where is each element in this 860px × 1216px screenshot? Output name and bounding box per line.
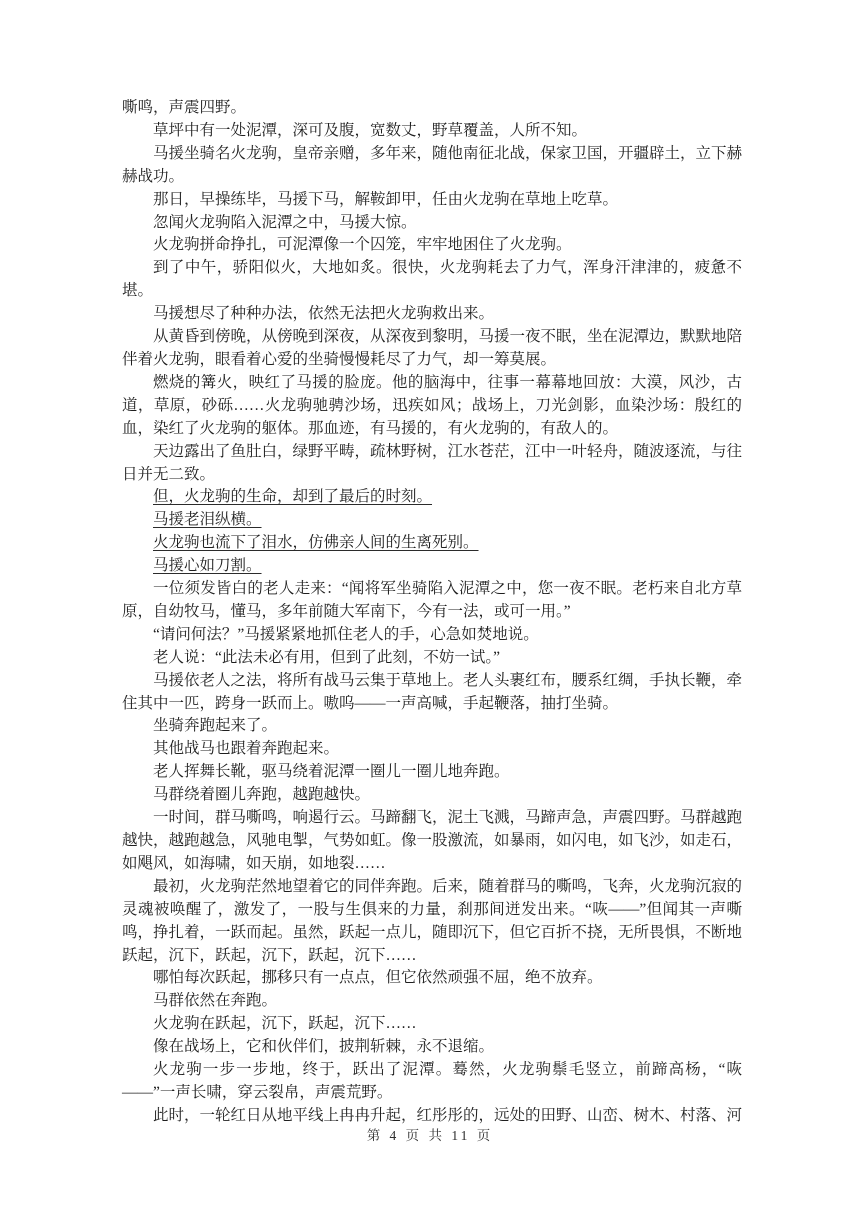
paragraph: 马援心如刀割。 — [122, 555, 742, 578]
paragraph-text: 草坪中有一处泥潭，深可及腹，宽数丈，野草覆盖，人所不知。 — [153, 122, 587, 139]
paragraph: 燃烧的篝火，映红了马援的脸庞。他的脑海中，往事一幕幕地回放：大漠，风沙，古道，草… — [122, 372, 742, 441]
paragraph-text: 坐骑奔跑起来了。 — [153, 717, 277, 734]
document-page: 嘶鸣，声震四野。草坪中有一处泥潭，深可及腹，宽数丈，野草覆盖，人所不知。马援坐骑… — [0, 0, 860, 1216]
paragraph: 火龙驹在跃起，沉下，跃起，沉下…… — [122, 1013, 742, 1036]
paragraph: 草坪中有一处泥潭，深可及腹，宽数丈，野草覆盖，人所不知。 — [122, 120, 742, 143]
paragraph-text: 其他战马也跟着奔跑起来。 — [153, 740, 339, 757]
paragraph-text: 天边露出了鱼肚白，绿野平畴，疏林野树，江水苍茫，江中一叶轻舟，随波逐流，与往日并… — [122, 443, 742, 483]
paragraph-text: 马援想尽了种种办法，依然无法把火龙驹救出来。 — [153, 305, 494, 322]
paragraph-text: 老人说：“此法未必有用，但到了此刻，不妨一试。” — [153, 649, 500, 666]
paragraph-text: 马群依然在奔跑。 — [153, 992, 277, 1009]
paragraph-text: 马援依老人之法，将所有战马云集于草地上。老人头裹红布，腰系红绸，手执长鞭，牵住其… — [122, 672, 742, 712]
paragraph: 其他战马也跟着奔跑起来。 — [122, 738, 742, 761]
paragraph: 火龙驹一步一步地，终于，跃出了泥潭。蓦然，火龙驹鬃毛竖立，前蹄高杨，“咴——”一… — [122, 1059, 742, 1105]
paragraph: 到了中午，骄阳似火，大地如炙。很快，火龙驹耗去了力气，浑身汗津津的，疲惫不堪。 — [122, 257, 742, 303]
paragraph: 马援依老人之法，将所有战马云集于草地上。老人头裹红布，腰系红绸，手执长鞭，牵住其… — [122, 670, 742, 716]
paragraph: 一时间，群马嘶鸣，响遏行云。马蹄翻飞，泥土飞溅，马蹄声急，声震四野。马群越跑越快… — [122, 807, 742, 876]
paragraph: 从黄昏到傍晚，从傍晚到深夜，从深夜到黎明，马援一夜不眠，坐在泥潭边，默默地陪伴着… — [122, 326, 742, 372]
paragraph-text: “请问何法？”马援紧紧地抓住老人的手，心急如焚地说。 — [153, 626, 539, 643]
paragraph-text: 那日，早操练毕，马援下马，解鞍卸甲，任由火龙驹在草地上吃草。 — [153, 191, 618, 208]
paragraph-text: 马群绕着圈儿奔跑，越跑越快。 — [153, 786, 370, 803]
paragraph: 老人挥舞长靴，驱马绕着泥潭一圈儿一圈儿地奔跑。 — [122, 761, 742, 784]
paragraph-text: 从黄昏到傍晚，从傍晚到深夜，从深夜到黎明，马援一夜不眠，坐在泥潭边，默默地陪伴着… — [122, 328, 742, 368]
paragraph-text: 哪怕每次跃起，挪移只有一点点，但它依然顽强不屈，绝不放弃。 — [153, 969, 603, 986]
paragraph-text: 到了中午，骄阳似火，大地如炙。很快，火龙驹耗去了力气，浑身汗津津的，疲惫不堪。 — [122, 259, 742, 299]
paragraph-text: 此时，一轮红日从地平线上冉冉升起，红彤彤的，远处的田野、山峦、树木、村落、河 — [153, 1107, 742, 1124]
paragraph-text: 老人挥舞长靴，驱马绕着泥潭一圈儿一圈儿地奔跑。 — [153, 763, 510, 780]
paragraph: 马援坐骑名火龙驹，皇帝亲赠，多年来，随他南征北战，保家卫国，开疆辟土，立下赫赫战… — [122, 143, 742, 189]
paragraph: 马援想尽了种种办法，依然无法把火龙驹救出来。 — [122, 303, 742, 326]
paragraph: 哪怕每次跃起，挪移只有一点点，但它依然顽强不屈，绝不放弃。 — [122, 967, 742, 990]
paragraph-text: 火龙驹在跃起，沉下，跃起，沉下…… — [153, 1015, 417, 1032]
paragraph: 火龙驹也流下了泪水，仿佛亲人间的生离死别。 — [122, 532, 742, 555]
paragraph: 天边露出了鱼肚白，绿野平畴，疏林野树，江水苍茫，江中一叶轻舟，随波逐流，与往日并… — [122, 441, 742, 487]
paragraph-text: 像在战场上，它和伙伴们，披荆斩棘，永不退缩。 — [153, 1038, 494, 1055]
paragraph: “请问何法？”马援紧紧地抓住老人的手，心急如焚地说。 — [122, 624, 742, 647]
passage: 嘶鸣，声震四野。草坪中有一处泥潭，深可及腹，宽数丈，野草覆盖，人所不知。马援坐骑… — [122, 97, 742, 1128]
paragraph-text: 嘶鸣，声震四野。 — [122, 99, 246, 116]
paragraph: 像在战场上，它和伙伴们，披荆斩棘，永不退缩。 — [122, 1036, 742, 1059]
paragraph-text: 火龙驹拼命挣扎，可泥潭像一个囚笼，牢牢地困住了火龙驹。 — [153, 236, 572, 253]
paragraph: 一位须发皆白的老人走来：“闻将军坐骑陷入泥潭之中，您一夜不眠。老朽来自北方草原，… — [122, 578, 742, 624]
paragraph-text: 最初，火龙驹茫然地望着它的同伴奔跑。后来，随着群马的嘶鸣，飞奔，火龙驹沉寂的灵魂… — [122, 878, 742, 964]
paragraph-text: 一位须发皆白的老人走来：“闻将军坐骑陷入泥潭之中，您一夜不眠。老朽来自北方草原，… — [122, 580, 742, 620]
paragraph-text: 马援心如刀割。 — [153, 557, 262, 574]
page-footer: 第 4 页 共 11 页 — [0, 1124, 860, 1144]
paragraph: 忽闻火龙驹陷入泥潭之中，马援大惊。 — [122, 212, 742, 235]
paragraph-text: 马援老泪纵横。 — [153, 511, 262, 528]
paragraph: 马群绕着圈儿奔跑，越跑越快。 — [122, 784, 742, 807]
paragraph-text: 但，火龙驹的生命，却到了最后的时刻。 — [153, 488, 432, 505]
paragraph-text: 燃烧的篝火，映红了马援的脸庞。他的脑海中，往事一幕幕地回放：大漠，风沙，古道，草… — [122, 374, 742, 437]
paragraph: 最初，火龙驹茫然地望着它的同伴奔跑。后来，随着群马的嘶鸣，飞奔，火龙驹沉寂的灵魂… — [122, 876, 742, 968]
paragraph: 马援老泪纵横。 — [122, 509, 742, 532]
paragraph-text: 火龙驹也流下了泪水，仿佛亲人间的生离死别。 — [153, 534, 479, 551]
paragraph-text: 马援坐骑名火龙驹，皇帝亲赠，多年来，随他南征北战，保家卫国，开疆辟土，立下赫赫战… — [122, 145, 742, 185]
paragraph-text: 火龙驹一步一步地，终于，跃出了泥潭。蓦然，火龙驹鬃毛竖立，前蹄高杨，“咴——”一… — [122, 1061, 742, 1101]
paragraph: 坐骑奔跑起来了。 — [122, 715, 742, 738]
paragraph-text: 一时间，群马嘶鸣，响遏行云。马蹄翻飞，泥土飞溅，马蹄声急，声震四野。马群越跑越快… — [122, 809, 742, 872]
paragraph: 但，火龙驹的生命，却到了最后的时刻。 — [122, 486, 742, 509]
paragraph: 火龙驹拼命挣扎，可泥潭像一个囚笼，牢牢地困住了火龙驹。 — [122, 234, 742, 257]
paragraph: 那日，早操练毕，马援下马，解鞍卸甲，任由火龙驹在草地上吃草。 — [122, 189, 742, 212]
paragraph: 老人说：“此法未必有用，但到了此刻，不妨一试。” — [122, 647, 742, 670]
paragraph-text: 忽闻火龙驹陷入泥潭之中，马援大惊。 — [153, 214, 417, 231]
paragraph: 嘶鸣，声震四野。 — [122, 97, 742, 120]
paragraph: 马群依然在奔跑。 — [122, 990, 742, 1013]
